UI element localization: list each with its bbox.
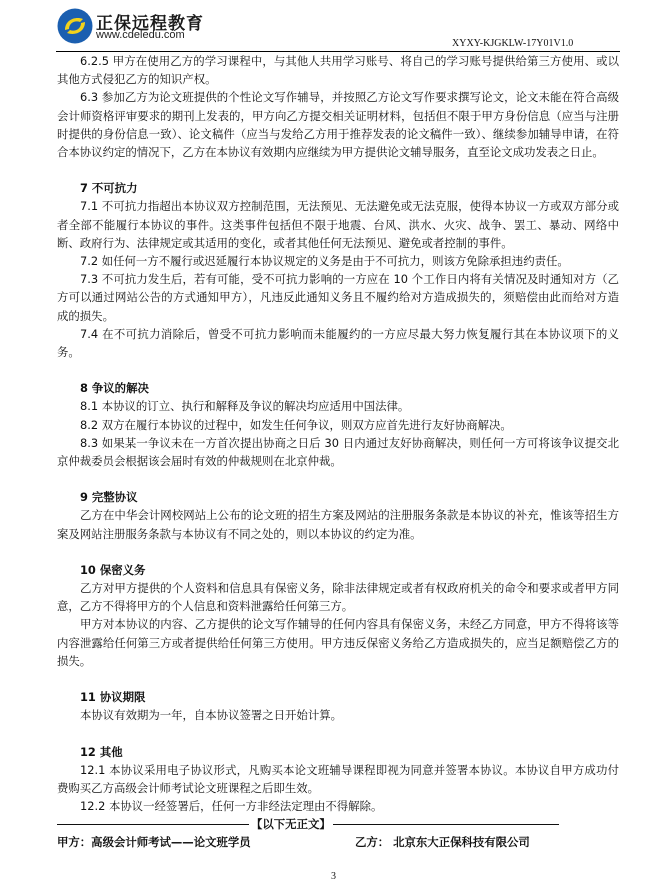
page-number: 3 — [331, 871, 336, 882]
document-code: XYXY-KJGKLW-17Y01V1.0 — [452, 38, 573, 49]
clause-10-para-1: 乙方对甲方提供的个人资料和信息具有保密义务，除非法律规定或者有权政府机关的命令和… — [57, 579, 619, 615]
clause-7-1: 7.1 不可抗力指超出本协议双方控制范围，无法预见、无法避免或无法克服，使得本协… — [57, 197, 619, 252]
clause-12-2: 12.2 本协议一经签署后，任何一方非经法定理由不得解除。 — [57, 797, 619, 815]
clause-7-4: 7.4 在不可抗力消除后，曾受不可抗力影响而未能履约的一方应尽最大努力恢复履行其… — [57, 325, 619, 361]
clause-12-1: 12.1 本协议采用电子协议形式，凡购买本论文班辅导课程即视为同意并签署本协议。… — [57, 761, 619, 797]
spacer — [57, 670, 619, 688]
page-header: 正保远程教育 www.cdeledu.com XYXY-KJGKLW-17Y01… — [0, 0, 671, 50]
clause-10-para-2: 甲方对本协议的内容、乙方提供的论文写作辅导的任何内容具有保密义务，未经乙方同意，… — [57, 615, 619, 670]
end-of-text-label: 【以下无正文】 — [249, 817, 333, 831]
party-b-signature: 乙方： 北京东大正保科技有限公司 — [355, 833, 530, 851]
section-heading-12: 12 其他 — [57, 743, 619, 761]
spacer — [57, 161, 619, 179]
clause-7-2: 7.2 如任何一方不履行或迟延履行本协议规定的义务是由于不可抗力，则该方免除承担… — [57, 252, 619, 270]
clause-6-2-5: 6.2.5 甲方在使用乙方的学习课程中，与其他人共用学习账号、将自己的学习账号提… — [57, 52, 619, 88]
signature-row: 甲方：高级会计师考试——论文班学员 乙方： 北京东大正保科技有限公司 — [57, 833, 619, 851]
clause-9-text: 乙方在中华会计网校网站上公布的论文班的招生方案及网站的注册服务条款是本协议的补充… — [57, 506, 619, 542]
section-heading-9: 9 完整协议 — [57, 488, 619, 506]
clause-8-2: 8.2 双方在履行本协议的过程中，如发生任何争议，则双方应首先进行友好协商解决。 — [57, 416, 619, 434]
spacer — [57, 470, 619, 488]
clause-6-3: 6.3 参加乙方为论文班提供的个性论文写作辅导，并按照乙方论文写作要求撰写论文，… — [57, 88, 619, 161]
agreement-body: 6.2.5 甲方在使用乙方的学习课程中，与其他人共用学习账号、将自己的学习账号提… — [57, 52, 619, 851]
dash-rule-right — [333, 824, 559, 825]
brand-url: www.cdeledu.com — [96, 29, 185, 41]
spacer — [57, 543, 619, 561]
dash-rule-left — [57, 824, 249, 825]
clause-11-text: 本协议有效期为一年，自本协议签署之日开始计算。 — [57, 706, 619, 724]
section-heading-8: 8 争议的解决 — [57, 379, 619, 397]
section-heading-7: 7 不可抗力 — [57, 179, 619, 197]
clause-7-3: 7.3 不可抗力发生后，若有可能，受不可抗力影响的一方应在 10 个工作日内将有… — [57, 270, 619, 325]
spacer — [57, 361, 619, 379]
party-a-signature: 甲方：高级会计师考试——论文班学员 — [57, 833, 251, 851]
end-of-text-marker: 【以下无正文】 — [57, 815, 619, 833]
section-heading-10: 10 保密义务 — [57, 561, 619, 579]
spacer — [57, 725, 619, 743]
section-heading-11: 11 协议期限 — [57, 688, 619, 706]
clause-8-1: 8.1 本协议的订立、执行和解释及争议的解决均应适用中国法律。 — [57, 397, 619, 415]
clause-8-3: 8.3 如果某一争议未在一方首次提出协商之日后 30 日内通过友好协商解决，则任… — [57, 434, 619, 470]
cdeledu-logo-icon — [57, 8, 93, 44]
